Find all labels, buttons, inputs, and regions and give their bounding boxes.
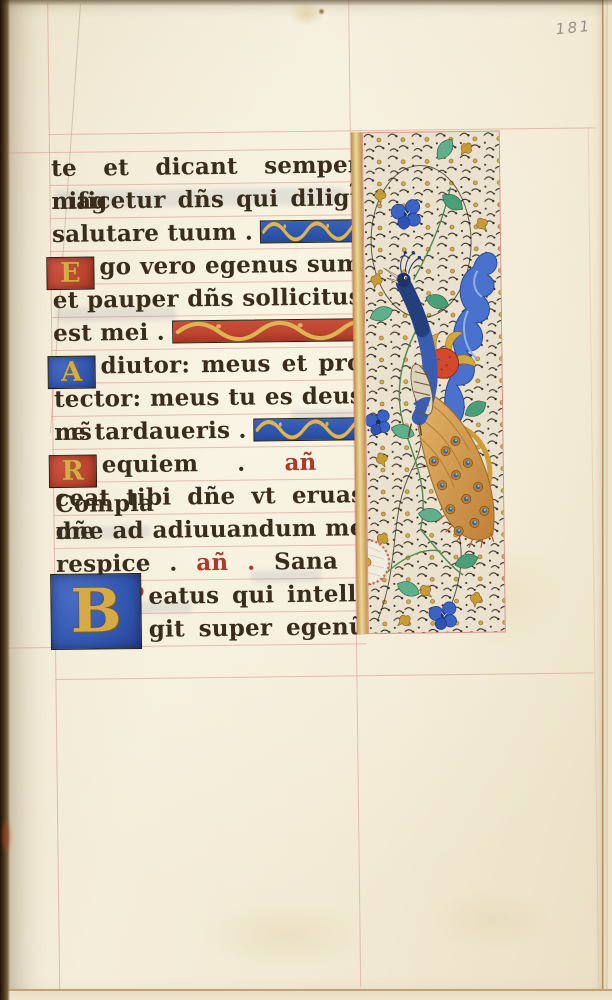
manuscript-line: Adiutor: meus et pro [53, 346, 362, 383]
line-filler-red [172, 318, 363, 343]
rubric-text: añ . [196, 548, 274, 576]
tail-eyespot [451, 470, 460, 479]
ruling-line-v [588, 127, 599, 981]
manuscript-line: dñe ad adiuuandum me [55, 511, 364, 548]
rubric-text: añ . [284, 448, 364, 476]
tail-eyespot [451, 436, 460, 445]
gothic-text: git super egenũ [149, 613, 366, 643]
red-smudge [0, 816, 12, 856]
manuscript-line: ceat tibi dñe vt eruas me [55, 478, 364, 515]
line-filler-blue [253, 417, 363, 441]
gothic-text: est mei . [53, 316, 165, 350]
tail-eyespot [446, 505, 455, 514]
manuscript-line: tector: meus tu es deus ms̃ [54, 379, 363, 416]
filler-scrollwork [254, 418, 362, 440]
ruled-content: te et dicant semper magnificetur dñs qui… [0, 0, 612, 1000]
manuscript-line: Ego vero egenus sum [52, 247, 361, 284]
tail-eyespot [470, 518, 479, 527]
page-edge-bottom [0, 989, 612, 1000]
manuscript-line: te et dicant semper mag [51, 148, 360, 185]
gothic-text: diutor: meus et pro [100, 349, 362, 379]
tail-eyespot [463, 458, 472, 467]
gothic-text: et pauper dñs sollicitus [53, 283, 362, 314]
page-edge-top [0, 0, 612, 6]
manuscript-line: est mei . [53, 313, 362, 350]
tail-eyespot [473, 482, 482, 491]
illuminated-initial-B: B [50, 573, 142, 650]
gothic-text: equiem . [102, 449, 285, 478]
gothic-text: salutare tuum . [52, 216, 253, 251]
manuscript-photo: te et dicant semper magnificetur dñs qui… [0, 0, 612, 1000]
filler-scrollwork [261, 220, 360, 242]
ruling-line-h [55, 672, 593, 680]
gothic-text: ne tardaueris . [54, 414, 247, 449]
manuscript-line: et pauper dñs sollicitus [53, 280, 362, 317]
manuscript-line: ne tardaueris . [54, 412, 363, 449]
gothic-text: go vero egenus sum [99, 250, 361, 280]
manuscript-line: salutare tuum . [52, 214, 361, 251]
ruling-line-h [49, 127, 596, 135]
folio-number: 181 [555, 17, 593, 39]
page-edges-right [602, 0, 612, 1000]
line-filler-blue [260, 219, 361, 243]
manuscript-line: nificetur dñs qui diligt̃ [51, 181, 360, 218]
gothic-text: dñe ad adiuuandum me [55, 514, 364, 545]
tail-eyespot [437, 481, 446, 490]
illuminated-border [362, 131, 506, 635]
gothic-text: nificetur dñs qui diligt̃ [51, 184, 360, 215]
filler-scrollwork [173, 319, 361, 342]
tail-eyespot [429, 457, 438, 466]
tail-eyespot [462, 494, 471, 503]
tail-eyespot [480, 506, 489, 515]
gothic-text: eatus qui intelli [148, 580, 365, 610]
text-block: te et dicant semper magnificetur dñs qui… [51, 148, 366, 647]
tail-eyespot [441, 447, 450, 456]
manuscript-line: Requiem . añ . Compla [55, 445, 364, 482]
gothic-text: Sana . [274, 547, 365, 575]
